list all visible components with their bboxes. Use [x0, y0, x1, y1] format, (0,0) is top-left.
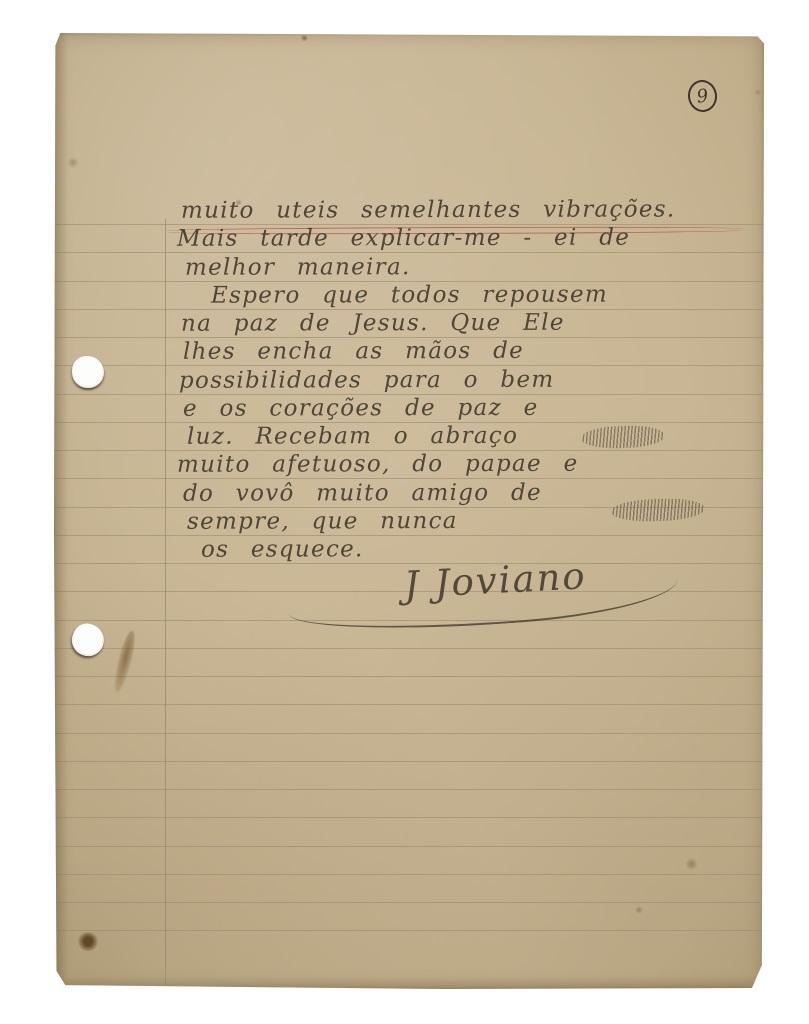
rule-line	[54, 648, 764, 649]
stain	[300, 35, 309, 41]
rule-line	[54, 846, 764, 847]
stain	[78, 932, 98, 951]
punch-hole-top	[72, 356, 104, 388]
handwritten-line: Mais tarde explicar-me - ei de	[177, 223, 752, 253]
stain	[685, 858, 698, 870]
rule-line	[54, 930, 764, 931]
rule-line	[54, 733, 764, 734]
handwritten-line: lhes encha as mãos de	[177, 336, 752, 366]
scanned-letter-background: 9 muito uteis semelhantes vibrações.Mais…	[0, 0, 809, 1024]
handwritten-line: Espero que todos repousem	[177, 280, 752, 310]
rule-line	[54, 874, 764, 875]
handwritten-line: os esquece.	[177, 534, 752, 564]
handwritten-line: melhor maneira.	[177, 252, 752, 282]
rule-line	[54, 789, 764, 790]
stain	[754, 89, 762, 96]
stain	[635, 906, 643, 914]
handwritten-line: e os corações de paz e	[177, 393, 752, 423]
handwritten-line: muito uteis semelhantes vibrações.	[177, 195, 752, 225]
margin-line	[165, 219, 166, 986]
letter-page: 9 muito uteis semelhantes vibrações.Mais…	[54, 33, 764, 989]
rule-line	[54, 902, 764, 903]
rule-line	[54, 676, 764, 677]
stain	[110, 629, 138, 694]
stain	[235, 199, 242, 206]
rule-line	[54, 817, 764, 818]
stain	[67, 157, 79, 168]
handwritten-line: luz. Recebam o abraço	[177, 421, 752, 451]
handwritten-line: muito afetuoso, do papae e	[177, 449, 752, 479]
page-number: 9	[695, 85, 709, 107]
page-number-badge: 9	[686, 78, 719, 114]
handwritten-line: possibilidades para o bem	[177, 365, 752, 395]
handwritten-line: na paz de Jesus. Que Ele	[177, 308, 752, 338]
rule-line	[54, 761, 764, 762]
punch-hole-bottom	[67, 619, 108, 660]
rule-line	[54, 704, 764, 705]
